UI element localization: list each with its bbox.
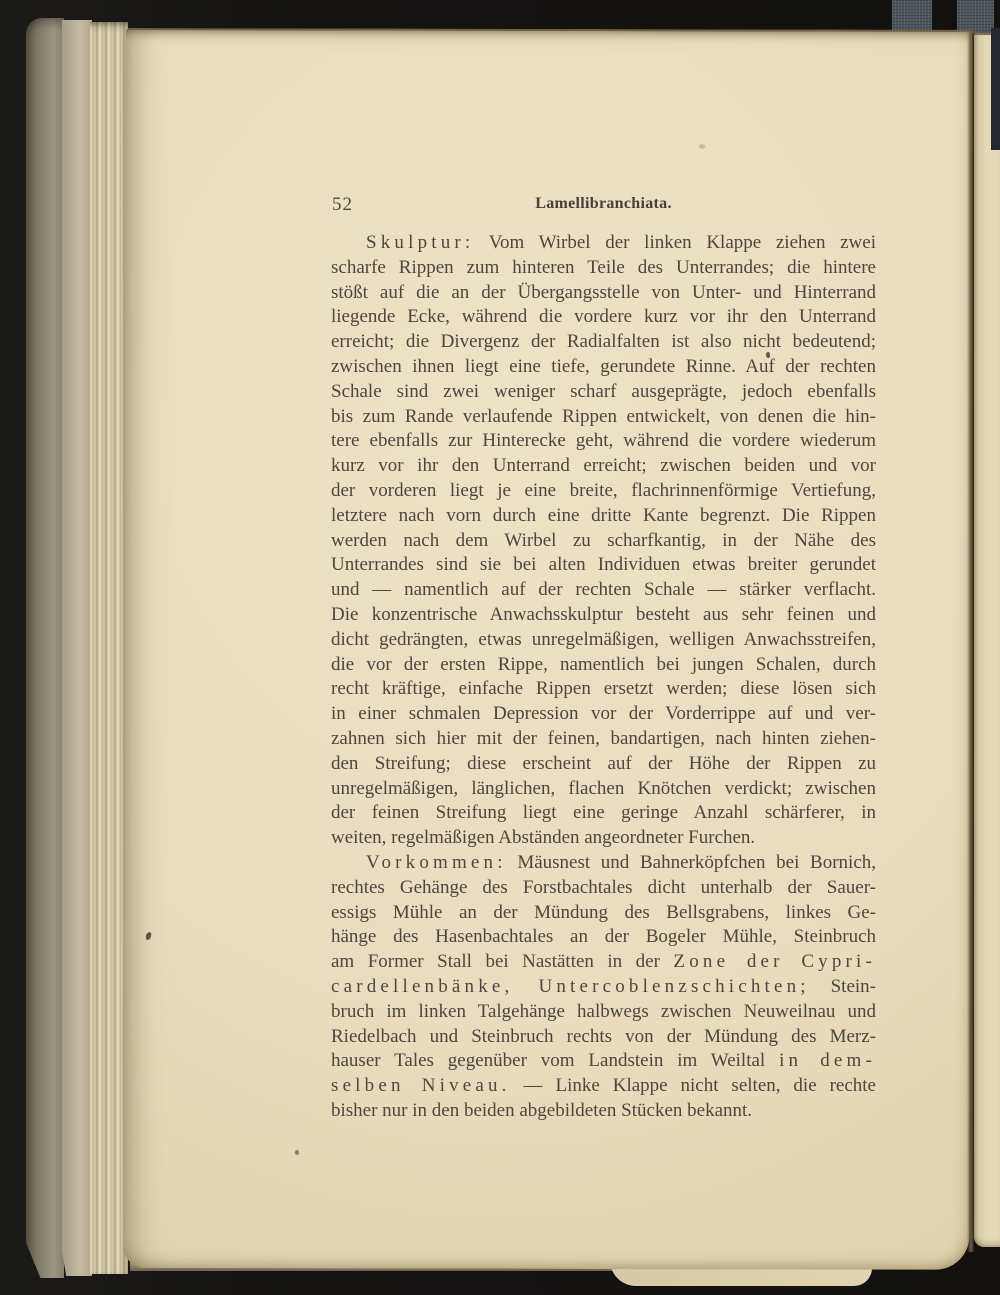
next-page-edge (974, 33, 1000, 1247)
text-line: der vorderen liegt je eine breite, flach… (331, 479, 876, 504)
text-line: erreicht; die Divergenz der Radialfalten… (331, 330, 876, 355)
text-line: unregelmäßigen, länglichen, flachen Knöt… (331, 777, 876, 802)
page-content: 52 Lamellibranchiata. Skulptur: Vom Wirb… (331, 192, 876, 1124)
text-line: den Streifung; diese erscheint auf der H… (331, 752, 876, 777)
letterspaced-text: Zone der Cypri- (673, 951, 876, 972)
text-line: Skulptur: Vom Wirbel der linken Klappe z… (331, 231, 876, 256)
paper-speck (699, 144, 705, 149)
text-line: liegende Ecke, während die vordere kurz … (331, 305, 876, 330)
book-cover-spine-edge (26, 18, 64, 1278)
letterspaced-text: Vorkommen: (366, 852, 507, 873)
text-line: zahnen sich hier mit der feinen, bandart… (331, 727, 876, 752)
scanned-book-photo: 52 Lamellibranchiata. Skulptur: Vom Wirb… (0, 0, 1000, 1295)
text-line: werden nach dem Wirbel zu scharfkantig, … (331, 529, 876, 554)
text-line: scharfe Rippen zum hinteren Teile des Un… (331, 256, 876, 281)
paper-speck (295, 1150, 299, 1155)
text-line: dicht gedrängten, etwas unregelmäßigen, … (331, 628, 876, 653)
text-line: tere ebenfalls zur Hinterecke geht, währ… (331, 429, 876, 454)
running-header: Lamellibranchiata. (331, 192, 876, 217)
text-line: Unterrandes sind sie bei alten Individue… (331, 553, 876, 578)
text-line: weiten, regelmäßigen Abständen angeordne… (331, 826, 876, 851)
letterspaced-text: selben Niveau. (331, 1075, 511, 1096)
paragraph: Vorkommen: Mäusnest und Bahnerköpfchen b… (331, 851, 876, 1124)
book-board-edge (892, 0, 932, 31)
text-line: recht kräftige, einfache Rippen ersetzt … (331, 677, 876, 702)
text-line: Die konzentrische Anwachsskulptur besteh… (331, 603, 876, 628)
page-number: 52 (332, 193, 353, 218)
text-line: in einer schmalen Depression vor der Vor… (331, 702, 876, 727)
letterspaced-text: Skulptur: (366, 232, 474, 253)
text-line: zwischen ihnen liegt eine tiefe, gerunde… (331, 355, 876, 380)
text-line: letztere nach vorn durch eine dritte Kan… (331, 504, 876, 529)
text-line: bruch im linken Talgehänge halbwegs zwis… (331, 1000, 876, 1025)
book-board-edge (991, 28, 1000, 150)
text-line: cardellenbänke, Untercoblenzschichten; S… (331, 975, 876, 1000)
text-line: der feinen Streifung liegt eine geringe … (331, 801, 876, 826)
text-line: bisher nur in den beiden abgebildeten St… (331, 1099, 876, 1124)
text-line: stößt auf die an der Übergangsstelle von… (331, 281, 876, 306)
text-line: rechtes Gehänge des Forstbachtales dicht… (331, 876, 876, 901)
text-line: und — namentlich auf der rechten Schale … (331, 578, 876, 603)
page-stack-fore-edges (90, 22, 128, 1274)
page-gutter-crease (967, 30, 974, 1252)
text-line: hänge des Hasenbachtales an der Bogeler … (331, 925, 876, 950)
book-cover-inner-edge (62, 20, 92, 1276)
text-line: kurz vor ihr den Unterrand erreicht; zwi… (331, 454, 876, 479)
text-line: bis zum Rande verlaufende Rippen entwick… (331, 405, 876, 430)
letterspaced-text: cardellenbänke, Untercoblenzschichten; (331, 976, 810, 997)
page-header: 52 Lamellibranchiata. (331, 192, 876, 216)
text-body: Skulptur: Vom Wirbel der linken Klappe z… (331, 231, 876, 1124)
text-line: essigs Mühle an der Mündung des Bellsgra… (331, 901, 876, 926)
text-line: am Former Stall bei Nastätten in der Zon… (331, 950, 876, 975)
text-line: hauser Tales gegenüber vom Landstein im … (331, 1049, 876, 1074)
text-line: die vor der ersten Rippe, namentlich bei… (331, 653, 876, 678)
paper-speck (766, 352, 770, 358)
paragraph: Skulptur: Vom Wirbel der linken Klappe z… (331, 231, 876, 851)
letterspaced-text: in dem- (779, 1050, 876, 1071)
text-line: selben Niveau. — Linke Klappe nicht selt… (331, 1074, 876, 1099)
text-line: Riedelbach und Steinbruch rechts von der… (331, 1025, 876, 1050)
text-line: Vorkommen: Mäusnest und Bahnerköpfchen b… (331, 851, 876, 876)
text-line: Schale sind zwei weniger scharf ausgeprä… (331, 380, 876, 405)
